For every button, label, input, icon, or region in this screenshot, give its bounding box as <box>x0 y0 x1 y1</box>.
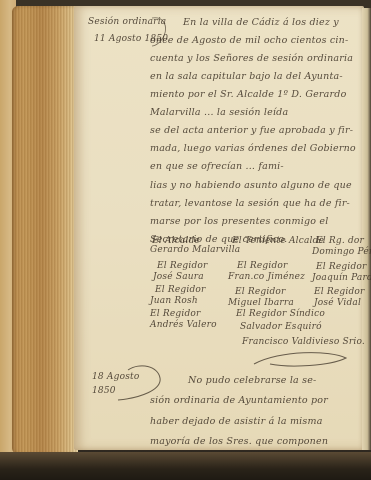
bottom-shadow <box>0 452 371 480</box>
signature-title: El Regidor <box>150 309 201 319</box>
body-line: lias y no habiendo asunto alguno de que <box>150 180 352 191</box>
signature-name: José Saura <box>153 272 204 282</box>
signature-title: El Regidor <box>316 262 367 272</box>
signature-title: El Regidor Síndico <box>236 309 325 319</box>
signature-name: Domingo Pérez <box>312 247 371 257</box>
signature-name: Fran.co Jiménez <box>228 272 305 282</box>
body-line: se del acta anterior y fue aprobada y fi… <box>150 125 353 136</box>
body-line: mada, luego varias órdenes del Gobierno <box>150 143 356 154</box>
body-line: No pudo celebrarse la se- <box>188 375 316 386</box>
body-line: sión ordinaria de Ayuntamiento por <box>150 395 328 406</box>
body-line: Malarvilla ... la sesión leída <box>150 107 288 118</box>
signature-name: Joaquín Pardo <box>312 273 371 283</box>
signature-name: Salvador Esquiró <box>240 322 322 332</box>
body-line: mayoría de los Sres. que componen <box>150 436 328 447</box>
body-line: en la sala capitular bajo la del Ayunta- <box>150 71 343 82</box>
body-line: cuenta y los Señores de sesión ordinaria <box>150 53 353 64</box>
signature-title: El Teniente Alcalde <box>232 236 324 246</box>
signature-name: Andrés Valero <box>150 320 217 330</box>
signature-title: El Regidor <box>157 261 208 271</box>
body-line: En la villa de Cádiz á los diez y <box>183 17 339 28</box>
signature-title: El Regidor <box>155 285 206 295</box>
body-line: miento por el Sr. Alcalde 1º D. Gerardo <box>150 89 346 100</box>
signature-title: El Regidor <box>237 261 288 271</box>
page-edge-right <box>362 8 371 450</box>
signature-name: Gerardo Malarvilla <box>150 245 240 255</box>
body-line: marse por los presentes conmigo el <box>150 216 328 227</box>
signature-title: El Regidor <box>235 287 286 297</box>
body-line: haber dejado de asistir á la misma <box>150 416 323 427</box>
signature-rubric-icon <box>250 350 350 370</box>
body-line: tratar, levantose la sesión que ha de fi… <box>150 198 350 209</box>
body-line: once de Agosto de mil ocho cientos cin- <box>150 35 348 46</box>
signature-title: El Rg. dor <box>316 236 364 246</box>
page-stack-edges <box>12 6 78 454</box>
body-line: en que se ofrecían ... fami- <box>150 161 284 172</box>
signature-title: El Regidor <box>314 287 365 297</box>
signature-name: José Vidal <box>314 298 361 308</box>
signature-name: Juan Rosh <box>150 296 198 306</box>
signature-name: Miguel Ibarra <box>228 298 294 308</box>
signature-name: Francisco Valdivieso Srio. <box>242 337 365 347</box>
